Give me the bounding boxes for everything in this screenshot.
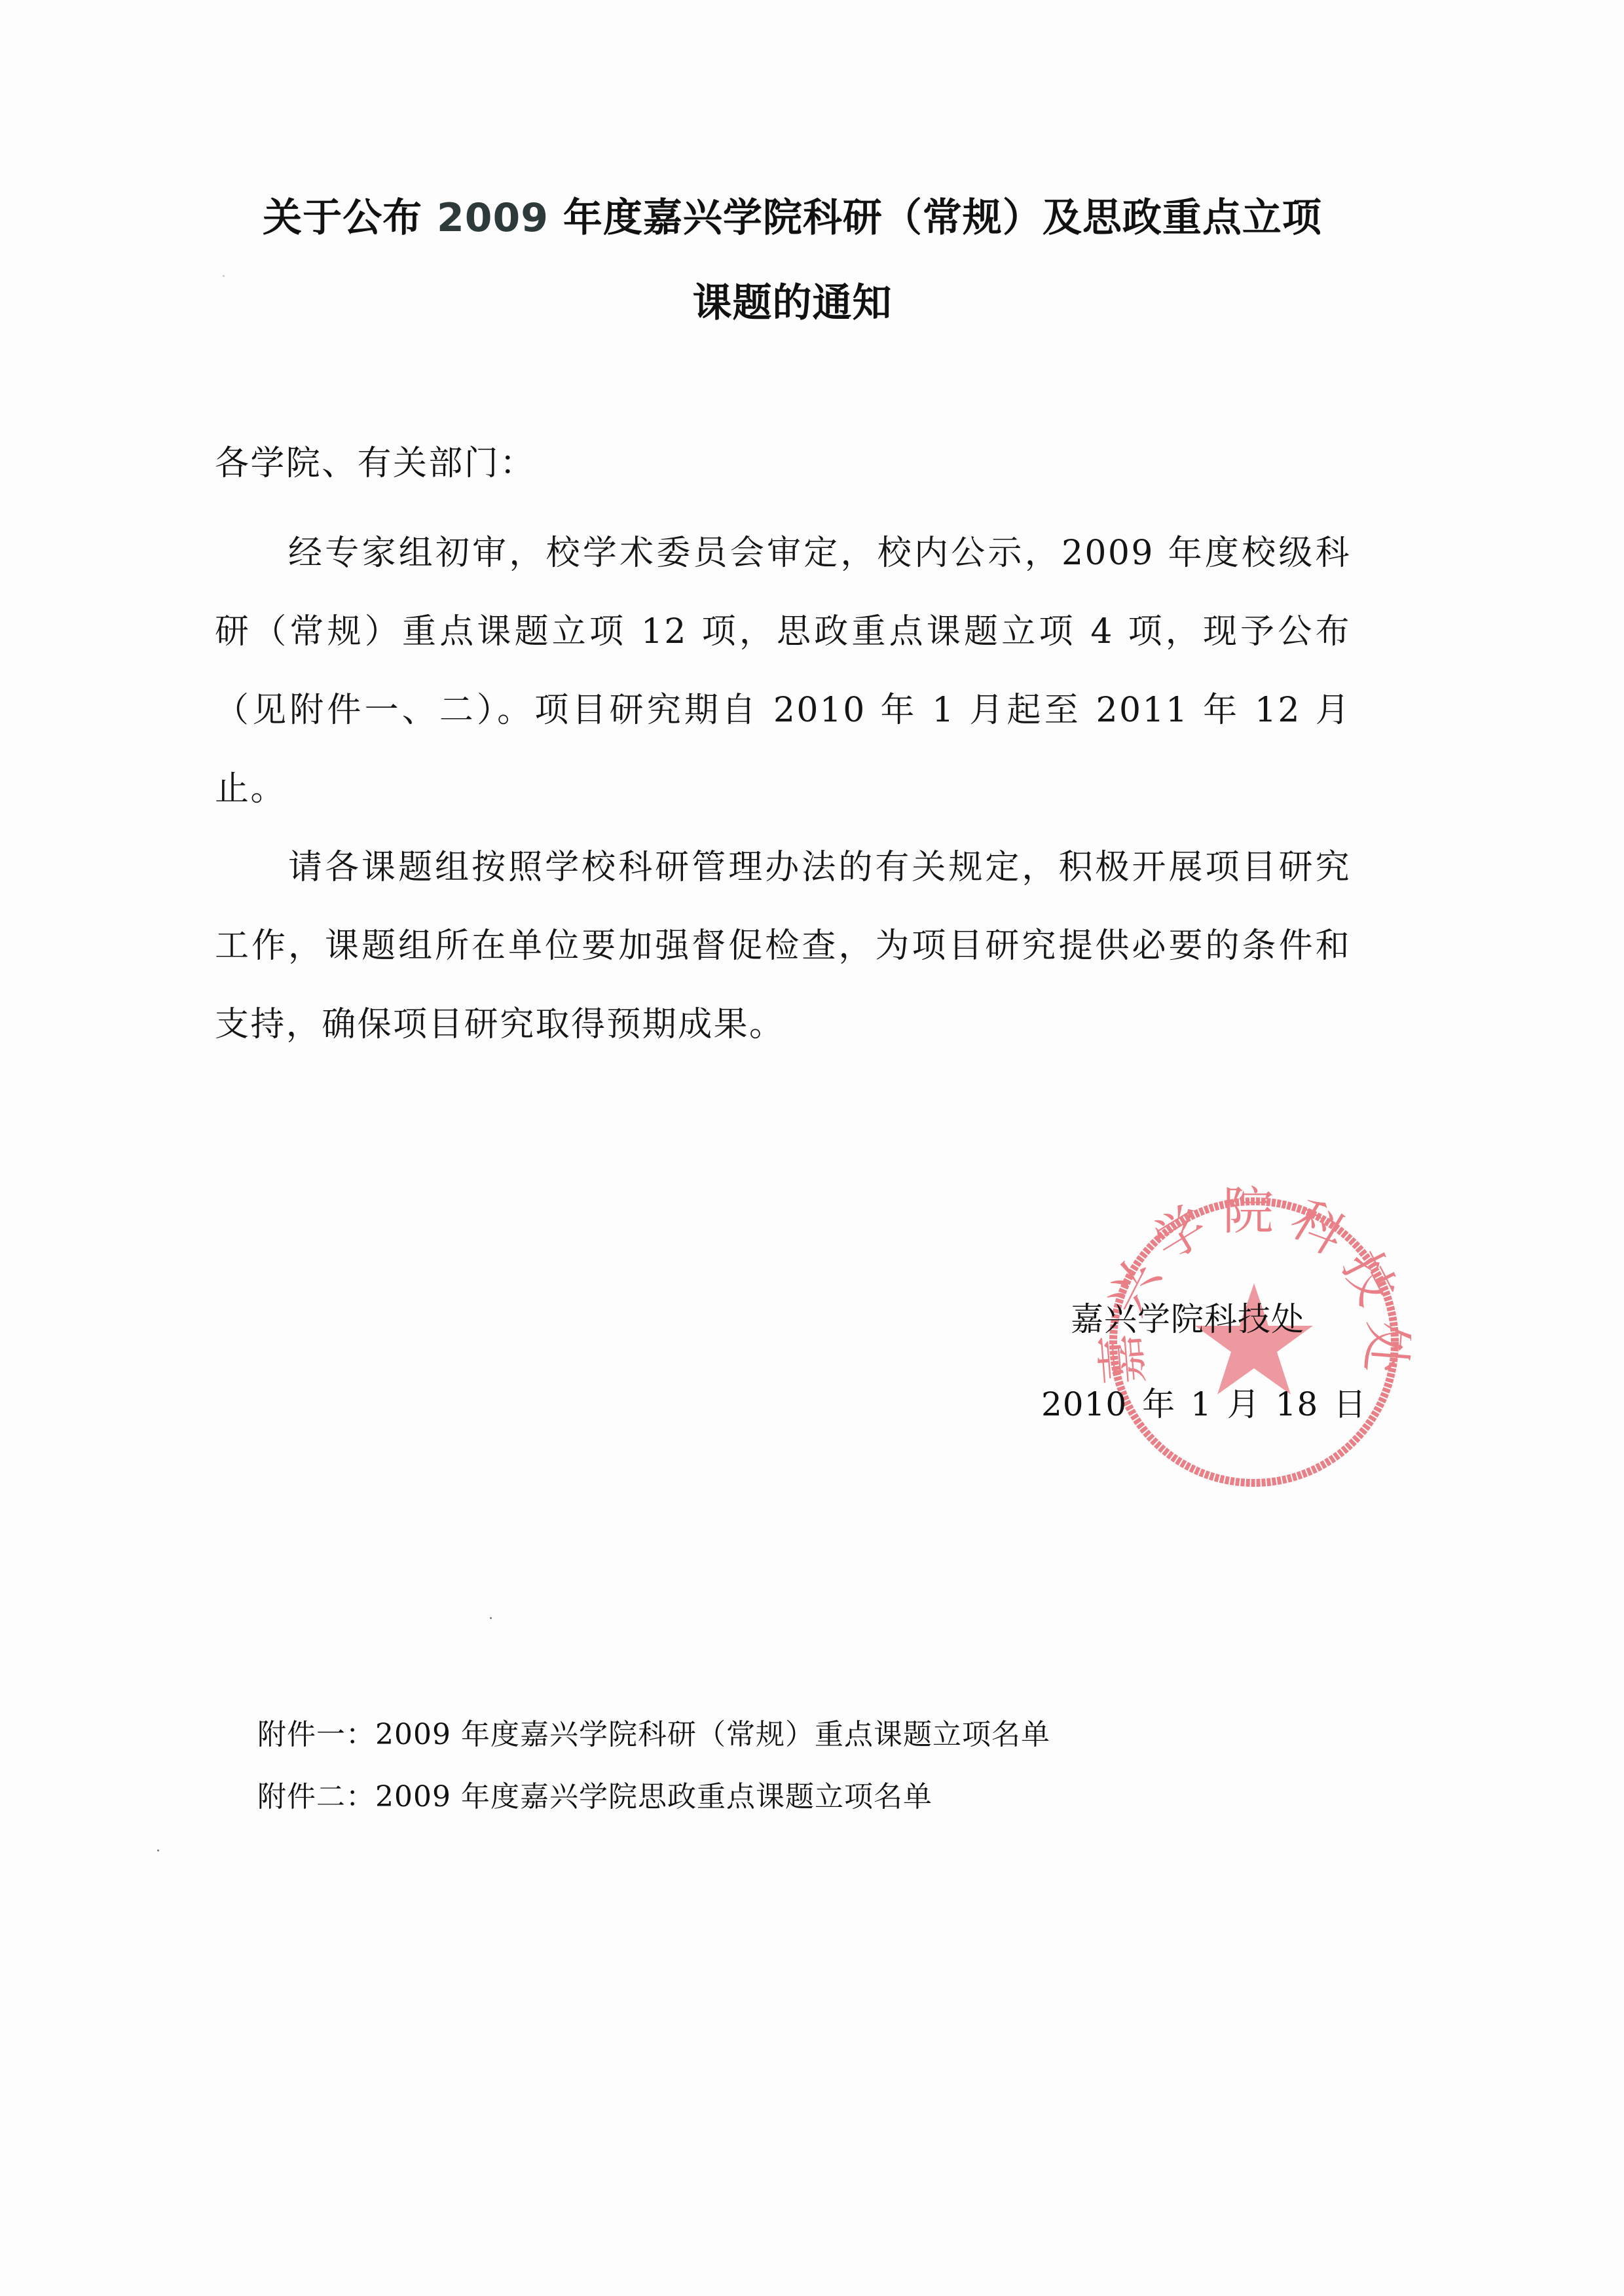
attachment-1: 附件一：2009 年度嘉兴学院科研（常规）重点课题立项名单 — [257, 1711, 1050, 1753]
title-year: 2009 — [422, 195, 563, 241]
document-title-line-1: 关于公布 2009 年度嘉兴学院科研（常规）及思政重点立项 — [196, 187, 1388, 243]
scan-speck — [490, 1617, 492, 1619]
scan-speck — [223, 275, 225, 277]
salutation: 各学院、有关部门： — [215, 435, 536, 484]
body-paragraph-1: 经专家组初审，校学术委员会审定，校内公示，2009 年度校级科研（常规）重点课题… — [215, 514, 1351, 828]
attachment-2: 附件二：2009 年度嘉兴学院思政重点课题立项名单 — [257, 1773, 932, 1815]
scan-speck — [157, 1850, 159, 1851]
official-seal-stamp-icon: 嘉兴学院科技处 — [1097, 1185, 1411, 1499]
signature-organization: 嘉兴学院科技处 — [1071, 1293, 1304, 1340]
body-paragraph-2: 请各课题组按照学校科研管理办法的有关规定，积极开展项目研究工作，课题组所在单位要… — [215, 828, 1351, 1064]
document-page: 关于公布 2009 年度嘉兴学院科研（常规）及思政重点立项 课题的通知 各学院、… — [0, 0, 1624, 2296]
title-prefix: 关于公布 — [263, 195, 422, 241]
document-title-line-2: 课题的通知 — [196, 272, 1388, 328]
title-suffix: 年度嘉兴学院科研（常规）及思政重点立项 — [563, 195, 1322, 241]
signature-date: 2010 年 1 月 18 日 — [1041, 1378, 1367, 1425]
